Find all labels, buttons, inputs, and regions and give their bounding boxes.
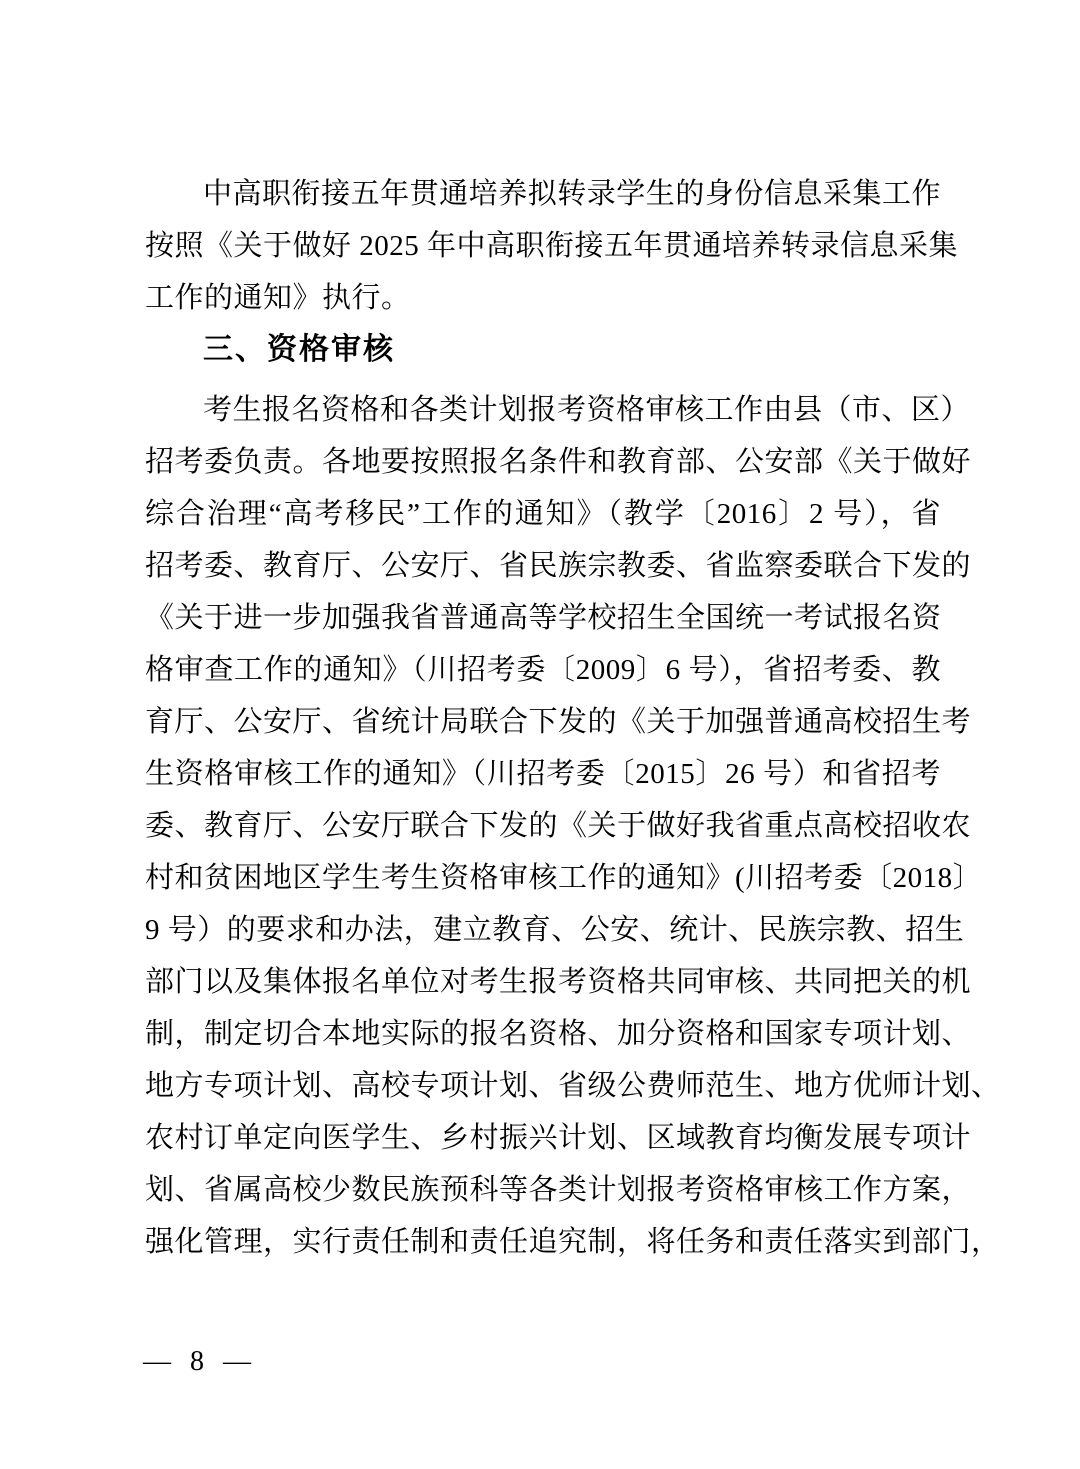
- page-content: 中高职衔接五年贯通培养拟转录学生的身份信息采集工作按照《关于做好 2025 年中…: [145, 168, 941, 1268]
- paragraph-qualification-review: 考生报名资格和各类计划报考资格审核工作由县（市、区）招考委负责。各地要按照报名条…: [145, 384, 941, 1268]
- text-line: 划、省属高校少数民族预科等各类计划报考资格审核工作方案，: [145, 1164, 941, 1216]
- text-line: 生资格审核工作的通知》（川招考委〔2015〕26 号）和省招考: [145, 748, 941, 800]
- text-line: 地方专项计划、高校专项计划、省级公费师范生、地方优师计划、: [145, 1060, 941, 1112]
- text-line: 育厅、公安厅、省统计局联合下发的《关于加强普通高校招生考: [145, 696, 941, 748]
- section-heading: 三、资格审核: [145, 324, 941, 376]
- text-line: 工作的通知》执行。: [145, 272, 941, 324]
- text-line: 部门以及集体报名单位对考生报考资格共同审核、共同把关的机: [145, 956, 941, 1008]
- text-line: 农村订单定向医学生、乡村振兴计划、区域教育均衡发展专项计: [145, 1112, 941, 1164]
- text-line: 制，制定切合本地实际的报名资格、加分资格和国家专项计划、: [145, 1008, 941, 1060]
- text-line: 按照《关于做好 2025 年中高职衔接五年贯通培养转录信息采集: [145, 220, 941, 272]
- text-line: 9 号）的要求和办法，建立教育、公安、统计、民族宗教、招生: [145, 904, 941, 956]
- text-line: 委、教育厅、公安厅联合下发的《关于做好我省重点高校招收农: [145, 800, 941, 852]
- text-line: 招考委、教育厅、公安厅、省民族宗教委、省监察委联合下发的: [145, 540, 941, 592]
- page-number: — 8 —: [143, 1346, 257, 1378]
- text-line: 强化管理，实行责任制和责任追究制，将任务和责任落实到部门，: [145, 1216, 941, 1268]
- text-line: 招考委负责。各地要按照报名条件和教育部、公安部《关于做好: [145, 436, 941, 488]
- text-line: 中高职衔接五年贯通培养拟转录学生的身份信息采集工作: [145, 168, 941, 220]
- text-line: 《关于进一步加强我省普通高等学校招生全国统一考试报名资: [145, 592, 941, 644]
- document-page: 中高职衔接五年贯通培养拟转录学生的身份信息采集工作按照《关于做好 2025 年中…: [0, 0, 1080, 1469]
- paragraph-transfer-info: 中高职衔接五年贯通培养拟转录学生的身份信息采集工作按照《关于做好 2025 年中…: [145, 168, 941, 324]
- text-line: 综合治理“高考移民”工作的通知》（教学〔2016〕2 号），省: [145, 488, 941, 540]
- text-line: 村和贫困地区学生考生资格审核工作的通知》(川招考委〔2018〕: [145, 852, 941, 904]
- text-line: 考生报名资格和各类计划报考资格审核工作由县（市、区）: [145, 384, 941, 436]
- text-line: 格审查工作的通知》（川招考委〔2009〕6 号），省招考委、教: [145, 644, 941, 696]
